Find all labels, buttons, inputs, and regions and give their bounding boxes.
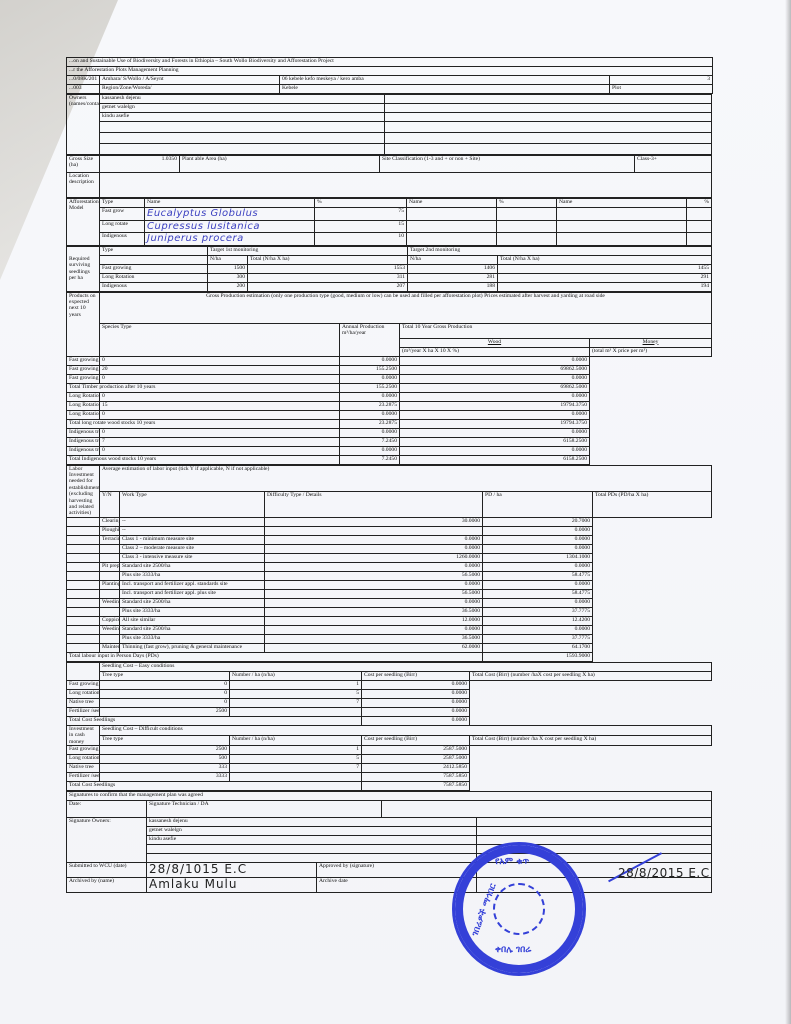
labor-label: Labor Investment needed for establishmen… [67, 465, 100, 517]
labor-row: Class 3 - intensive measure site1260.000… [67, 553, 712, 562]
site-class-value: Class-3+ [635, 156, 712, 173]
labor-row: Plus site 3333/ha56.500058.4775 [67, 571, 712, 580]
owner-name: kindu asefie [100, 113, 385, 122]
row-annual: 15 [100, 401, 340, 410]
archive-date-label: Archive date [317, 877, 477, 892]
m1-total: 311 [248, 273, 408, 282]
row-yn [67, 553, 100, 562]
owner-name: getnet walelgn [100, 104, 385, 113]
row-total: 64.1700 [483, 643, 593, 652]
row-number: 2500 [100, 707, 230, 716]
row-pd: 0.0000 [265, 544, 483, 553]
row-pd: 56.5000 [265, 571, 483, 580]
col-species: Species Type [100, 323, 340, 356]
row-pd: 36.5000 [265, 634, 483, 643]
row-number: 3333 [100, 773, 230, 782]
row-detail: -- [120, 526, 265, 535]
row-total: 37.7775 [483, 634, 593, 643]
col-yn: Y/N [100, 491, 120, 517]
row-total: 12.4200 [483, 616, 593, 625]
row-cost [230, 773, 362, 782]
row-name: Indigenous trees (good) [67, 428, 100, 437]
row-name: Long Rotation (good) [67, 392, 100, 401]
management-plan-form: ...on and Sustainable Use of Biodiversit… [66, 57, 712, 893]
production-row: Long Rotation (medium)1523.287519794.375… [67, 401, 712, 410]
model-label: Afforestation Model [67, 199, 100, 246]
row-type: Fertilizer /seedling [67, 773, 100, 782]
surviving-row: Long Rotation 300 311 281 291 [67, 273, 712, 282]
production-row: Fast growing (low)00.00000.0000 [67, 374, 712, 383]
model-species-handwritten: Eucalyptus Globulus [145, 208, 315, 221]
col-total: Total (N/ha X ha) [498, 255, 712, 264]
row-type: Fast growing [67, 680, 100, 689]
investment-label: Investment in cash money [67, 725, 100, 745]
labor-row: Weeding year 1Standard site 2500/ha0.000… [67, 598, 712, 607]
row-money: 0.0000 [400, 374, 590, 383]
col-pct-2: % [497, 199, 557, 208]
row-total: 0.0000 [483, 535, 593, 544]
row-name: Total Timber production after 10 years [67, 383, 340, 392]
row-type: Native tree [67, 764, 100, 773]
row-yn [67, 580, 100, 589]
labor-total-value: 1593.9000 [483, 652, 593, 661]
m2-nha: 188 [408, 282, 498, 291]
col-total-cost: Total Cost (Birr) (number /ha X cost per… [470, 736, 712, 746]
row-total: 0.0000 [483, 580, 593, 589]
row-pd: 36.5000 [265, 607, 483, 616]
model-pct: 10 [315, 233, 407, 246]
m1-total: 207 [248, 282, 408, 291]
row-total: 0.0000 [483, 562, 593, 571]
row-number: 0 [100, 698, 230, 707]
production-row: Fast growing (medium)20155.250069862.500… [67, 365, 712, 374]
col-name-2: Name [407, 199, 497, 208]
seedling-row: Long rotation050.0000 [67, 689, 712, 698]
row-yn [67, 562, 100, 571]
production-total-row: Total Timber production after 10 years15… [67, 383, 712, 392]
labor-row: PlantingIncl. transport and fertilizer a… [67, 580, 712, 589]
owner-sign-name: getnet walelgn [147, 827, 477, 836]
col-number: Number / ha (n/ha) [230, 671, 362, 680]
production-total-row: Total Indigenous wood stocks 10 years7.2… [67, 455, 712, 464]
row-detail: Class 2 – moderate measure site [120, 544, 265, 553]
row-wood: 155.2500 [340, 365, 400, 374]
col-nha: N/ha [408, 255, 498, 264]
col-pct: % [315, 199, 407, 208]
m2-total: 1455 [498, 264, 712, 273]
header-table: ...on and Sustainable Use of Biodiversit… [66, 57, 713, 94]
production-row: Long Rotation (good)00.00000.0000 [67, 392, 712, 401]
col-money: Money [590, 338, 712, 347]
row-type: Fast growing [100, 264, 208, 273]
model-species-handwritten: Juniperus procera [145, 233, 315, 246]
surviving-seedlings-table: Required surviving seedlings per ha Type… [66, 246, 712, 292]
row-wood: 0.0000 [340, 428, 400, 437]
row-total: 0.0000 [362, 707, 470, 716]
row-work: Terracing, Water harvesting [100, 535, 120, 544]
row-detail: Plus site 3333/ha [120, 607, 265, 616]
col-pd-ha: PD / ha [483, 491, 593, 517]
submitted-value-handwritten: 28/8/1015 E.C [147, 863, 317, 878]
row-work [100, 571, 120, 580]
row-name: Indigenous trees (medium) [67, 437, 100, 446]
m1-nha: 1500 [208, 264, 248, 273]
row-total: 2587.5000 [362, 746, 470, 755]
plot-value: 3 [610, 76, 713, 85]
row-yn [67, 616, 100, 625]
surviving-row: Indigenous 200 207 188 194 [67, 282, 712, 291]
submitted-label: Submitted to WCU (date) [67, 863, 147, 878]
col-total: Total (N/ha X ha) [248, 255, 408, 264]
row-pd: 1260.0000 [265, 553, 483, 562]
owners-sign-label: Signature Owners: [67, 818, 147, 863]
labor-row: Weeding year 2-5Standard site 2500/ha0.0… [67, 625, 712, 634]
difficult-total-label: Total Cost Seedlings [67, 782, 362, 791]
col-money-sub: (total m³ X price per m³) [590, 347, 712, 356]
model-row: Long rotate Cupressus lusitanica 15 [67, 220, 712, 233]
row-wood: 7.2450 [340, 455, 400, 464]
seedling-difficult-title: Seedling Cost – Difficult conditions [100, 725, 712, 735]
row-annual: 0 [100, 410, 340, 419]
row-name: Long Rotation (medium) [67, 401, 100, 410]
archive-date-handwritten: 28/8/2015 E.C [618, 866, 710, 880]
row-cost [230, 707, 362, 716]
row-money: 0.0000 [400, 392, 590, 401]
row-money: 69862.5000 [400, 383, 590, 392]
labor-row: Terracing, Water harvestingClass 1 - min… [67, 535, 712, 544]
labor-total-label: Total labour input in Person Days (PDs) [67, 652, 483, 661]
row-money: 69862.5000 [400, 365, 590, 374]
location-value [100, 173, 712, 198]
row-yn [67, 544, 100, 553]
kebele-value: 06 kebele kefo meskeya / kero amba [280, 76, 610, 85]
row-pd: 62.0000 [265, 643, 483, 652]
row-pd: 30.0000 [265, 517, 483, 526]
region-label: Region/Zone/Woreda/ [100, 85, 280, 94]
approved-label: Approved by (signature) [317, 863, 477, 878]
archived-label: Archived by (name) [67, 877, 147, 892]
row-total: 0.0000 [483, 625, 593, 634]
row-detail: Thinning (fast grow), pruning & general … [120, 643, 265, 652]
location-label: Location description [67, 173, 100, 198]
row-pd: 12.0000 [265, 616, 483, 625]
row-annual: 7 [100, 437, 340, 446]
row-number: 0 [100, 680, 230, 689]
row-wood: 7.2450 [340, 437, 400, 446]
owner-sign-name: kindu asefie [147, 836, 477, 845]
gross-size-value: 1.0350 [100, 156, 180, 173]
row-total: 0.0000 [483, 526, 593, 535]
row-name: Fast growing (good) [67, 356, 100, 365]
row-pd [265, 526, 483, 535]
technician-signature [382, 801, 712, 818]
official-stamp: የአም ቁጥ ገበሬዎች ማኅበር ቀበሌ ገበሬ [452, 842, 586, 976]
row-work [100, 589, 120, 598]
row-number: 333 [100, 764, 230, 773]
row-name: Fast growing (low) [67, 374, 100, 383]
row-name: Indigenous trees (low) [67, 446, 100, 455]
row-type: Indigenous [100, 282, 208, 291]
stamp-text-top: የአም ቁጥ [495, 857, 529, 867]
row-work: Planting [100, 580, 120, 589]
stamp-emblem [493, 883, 545, 935]
row-detail: -- [120, 517, 265, 526]
owners-label: Owners (names/contacts) [67, 95, 100, 155]
row-wood: 155.2500 [340, 383, 400, 392]
row-pd: 0.0000 [265, 535, 483, 544]
col-cost: Cost per seedling (Birr) [362, 671, 470, 680]
row-wood: 23.2875 [340, 419, 400, 428]
row-cost: 5 [230, 689, 362, 698]
col-type: Type [100, 246, 208, 255]
difficult-total-value: 7587.5850 [362, 782, 470, 791]
row-detail: Standard site 2500/ha [120, 598, 265, 607]
row-total: 2412.5850 [362, 764, 470, 773]
row-yn [67, 517, 100, 526]
row-total: 2587.5000 [362, 755, 470, 764]
col-total-10yr: Total 10 Year Gross Production [400, 323, 712, 338]
row-total: 0.0000 [483, 598, 593, 607]
labor-row: Class 2 – moderate measure site0.00000.0… [67, 544, 712, 553]
code-2: ...003 [67, 85, 100, 94]
production-table: Products on expected next 10 years Gross… [66, 292, 712, 465]
m1-nha: 300 [208, 273, 248, 282]
m2-total: 194 [498, 282, 712, 291]
row-total: 37.7775 [483, 607, 593, 616]
labor-row: MaintenanceThinning (fast grow), pruning… [67, 643, 712, 652]
m2-total: 291 [498, 273, 712, 282]
col-difficulty: Difficulty Type / Details [265, 491, 483, 517]
row-wood: 0.0000 [340, 374, 400, 383]
row-annual: 20 [100, 365, 340, 374]
plot-label: Plot [610, 85, 713, 94]
row-total: 58.4775 [483, 589, 593, 598]
col-annual: Annual Production m³/ha/year [340, 323, 400, 356]
row-number: 0 [100, 689, 230, 698]
row-money: 0.0000 [400, 410, 590, 419]
row-money: 0.0000 [400, 356, 590, 365]
seedling-row: Fast growing010.0000 [67, 680, 712, 689]
labor-row: Plus site 3333/ha36.500037.7775 [67, 607, 712, 616]
row-type: Native tree [67, 698, 100, 707]
labor-row: Clearing--30.000020.7000 [67, 517, 712, 526]
col-wood: Wood [400, 338, 590, 347]
labor-table: Labor Investment needed for establishmen… [66, 465, 712, 662]
m1-nha: 200 [208, 282, 248, 291]
col-tree-type: Tree type [100, 736, 230, 746]
owner-sign-name: kassanesh dejenu [147, 818, 477, 827]
row-name: Total Indigenous wood stocks 10 years [67, 455, 340, 464]
model-species-handwritten: Cupressus lusitanica [145, 220, 315, 233]
technician-label: Signature Technician / DA [147, 801, 382, 818]
row-number: 500 [100, 755, 230, 764]
row-total: 0.0000 [362, 680, 470, 689]
col-name: Name [145, 199, 315, 208]
seedling-easy-side [67, 662, 100, 680]
seedling-row: Long rotation50052587.5000 [67, 755, 712, 764]
model-pct: 15 [315, 220, 407, 233]
col-monitoring-2: Target 2nd monitoring [408, 246, 712, 255]
row-total: 20.7000 [483, 517, 593, 526]
row-yn [67, 526, 100, 535]
model-row: Fast grow Eucalyptus Globulus 75 [67, 208, 712, 221]
row-type: Fertilizer /seedling [67, 707, 100, 716]
col-nha: N/ha [208, 255, 248, 264]
row-detail: Plus site 3333/ha [120, 571, 265, 580]
seedling-row: Native tree33372412.5850 [67, 764, 712, 773]
row-money: 19794.3750 [400, 419, 590, 428]
row-wood: 0.0000 [340, 446, 400, 455]
row-work: Weeding year 1 [100, 598, 120, 607]
row-money: 6158.2500 [400, 437, 590, 446]
afforestation-model-table: Afforestation Model Type Name % Name % N… [66, 198, 712, 246]
row-annual: 0 [100, 392, 340, 401]
col-number: Number / ha (n/ha) [230, 736, 362, 746]
col-type: Type [100, 199, 145, 208]
col-total-pds: Total PDs (PD/ha X ha) [593, 491, 712, 517]
row-type: Long rotation [67, 755, 100, 764]
col-pct-3: % [687, 199, 712, 208]
model-type: Fast grow [100, 208, 145, 221]
row-yn [67, 571, 100, 580]
row-work: Coppice management [100, 616, 120, 625]
row-work: Maintenance [100, 643, 120, 652]
row-detail: All site similar [120, 616, 265, 625]
row-yn [67, 643, 100, 652]
row-pd: 0.0000 [265, 598, 483, 607]
row-work [100, 607, 120, 616]
kebele-label: Kebele [280, 85, 610, 94]
row-total: 58.4775 [483, 571, 593, 580]
row-detail: Incl. transport and fertilizer appl. plu… [120, 589, 265, 598]
row-annual: 0 [100, 356, 340, 365]
owners-table: Owners (names/contacts) kassanesh dejenu… [66, 94, 712, 155]
surviving-row: Fast growing 1500 1553 1406 1455 [67, 264, 712, 273]
row-detail: Plus site 3333/ha [120, 634, 265, 643]
production-label: Products on expected next 10 years [67, 292, 100, 356]
row-type: Long Rotation [100, 273, 208, 282]
model-type: Long rotate [100, 220, 145, 233]
region-value: Amhara/ S/Wollo / A/Seynt [100, 76, 280, 85]
m1-total: 1553 [248, 264, 408, 273]
row-work: Clearing [100, 517, 120, 526]
col-monitoring-1: Target 1st monitoring [208, 246, 408, 255]
labor-note: Average estimation of labor input (tick … [100, 465, 712, 491]
signatures-title: Signatures to confirm that the managemen… [67, 792, 712, 801]
m2-nha: 281 [408, 273, 498, 282]
row-money: 0.0000 [400, 428, 590, 437]
row-detail: Incl. transport and fertilizer appl. sta… [120, 580, 265, 589]
seedling-cost-table: Seedling Cost – Easy conditions Tree typ… [66, 662, 712, 791]
row-total: 0.0000 [362, 698, 470, 707]
col-tree-type: Tree type [100, 671, 230, 680]
row-type: Fast growing [67, 746, 100, 755]
model-type: Indigenous [100, 233, 145, 246]
row-cost: 1 [230, 680, 362, 689]
row-wood: 0.0000 [340, 392, 400, 401]
row-annual: 0 [100, 428, 340, 437]
row-type: Long rotation [67, 689, 100, 698]
model-row: Indigenous Juniperus procera 10 [67, 233, 712, 246]
row-work [100, 544, 120, 553]
row-detail: Class 1 - minimum measure site [120, 535, 265, 544]
date-label: Date: [67, 801, 147, 818]
col-name-3: Name [557, 199, 687, 208]
row-total: 1304.1000 [483, 553, 593, 562]
row-detail: Class 3 - intensive measure site [120, 553, 265, 562]
row-name: Total long rotate wood stocks 10 years [67, 419, 340, 428]
production-total-row: Total long rotate wood stocks 10 years23… [67, 419, 712, 428]
model-pct: 75 [315, 208, 407, 221]
row-pd: 0.0000 [265, 625, 483, 634]
row-yn [67, 607, 100, 616]
production-row: Indigenous trees (medium)77.24506158.250… [67, 437, 712, 446]
row-cost: 7 [230, 764, 362, 773]
col-cost: Cost per seedling (Birr) [362, 736, 470, 746]
row-wood: 23.2875 [340, 401, 400, 410]
archived-value-handwritten: Amlaku Mulu [147, 877, 317, 892]
row-cost: 1 [230, 746, 362, 755]
row-cost: 7 [230, 698, 362, 707]
gross-size-label: Gross Size (ha) [67, 156, 100, 173]
production-row: Fast growing (good)00.00000.0000 [67, 356, 712, 365]
row-annual: 0 [100, 446, 340, 455]
production-row: Long Rotation (low)00.00000.0000 [67, 410, 712, 419]
row-yn [67, 535, 100, 544]
row-detail: Standard site 2500/ha [120, 562, 265, 571]
row-wood: 0.0000 [340, 356, 400, 365]
row-total: 7587.5850 [362, 773, 470, 782]
production-row: Indigenous trees (low)00.00000.0000 [67, 446, 712, 455]
project-line: ...on and Sustainable Use of Biodiversit… [67, 58, 713, 67]
easy-total-label: Total Cost Seedlings [67, 716, 362, 725]
site-class-label: Site Classification (1-3 and + or non + … [380, 156, 635, 173]
page-edge-shadow [785, 0, 791, 1024]
stamp-text-bottom: ቀበሌ ገበሬ [495, 945, 531, 955]
row-annual: 0 [100, 374, 340, 383]
production-note: Gross Production estimation (only one pr… [100, 292, 712, 323]
owner-name: kassanesh dejenu [100, 95, 385, 104]
row-pd: 56.5000 [265, 589, 483, 598]
row-total: 0.0000 [483, 544, 593, 553]
row-name: Long Rotation (low) [67, 410, 100, 419]
row-detail: Standard site 2500/ha [120, 625, 265, 634]
code-1: ...0/08K/201 [67, 76, 100, 85]
seedling-row: Fertilizer /seedling25000.0000 [67, 707, 712, 716]
row-money: 6158.2500 [400, 455, 590, 464]
labor-row: Incl. transport and fertilizer appl. plu… [67, 589, 712, 598]
col-work-type: Work Type [120, 491, 265, 517]
col-total-cost: Total Cost (Birr) (number /haX cost per … [470, 671, 712, 680]
production-row: Indigenous trees (good)00.00000.0000 [67, 428, 712, 437]
seedling-row: Fast growing250012587.5000 [67, 746, 712, 755]
m2-nha: 1406 [408, 264, 498, 273]
row-work: Ploughing [100, 526, 120, 535]
site-table: Gross Size (ha) 1.0350 Plant able Area (… [66, 155, 712, 198]
easy-total-value: 0.0000 [362, 716, 470, 725]
row-total: 0.0000 [362, 689, 470, 698]
row-yn [67, 634, 100, 643]
plantable-label: Plant able Area (ha) [180, 156, 380, 173]
row-name: Fast growing (medium) [67, 365, 100, 374]
col-wood-sub: (m³/year X ha X 10 X %) [400, 347, 590, 356]
row-pd: 0.0000 [265, 562, 483, 571]
row-yn [67, 625, 100, 634]
row-money: 19794.3750 [400, 401, 590, 410]
row-money: 0.0000 [400, 446, 590, 455]
labor-row: Plus site 3333/ha36.500037.7775 [67, 634, 712, 643]
form-title: ...r the Afforestation Plots Management … [67, 67, 713, 76]
